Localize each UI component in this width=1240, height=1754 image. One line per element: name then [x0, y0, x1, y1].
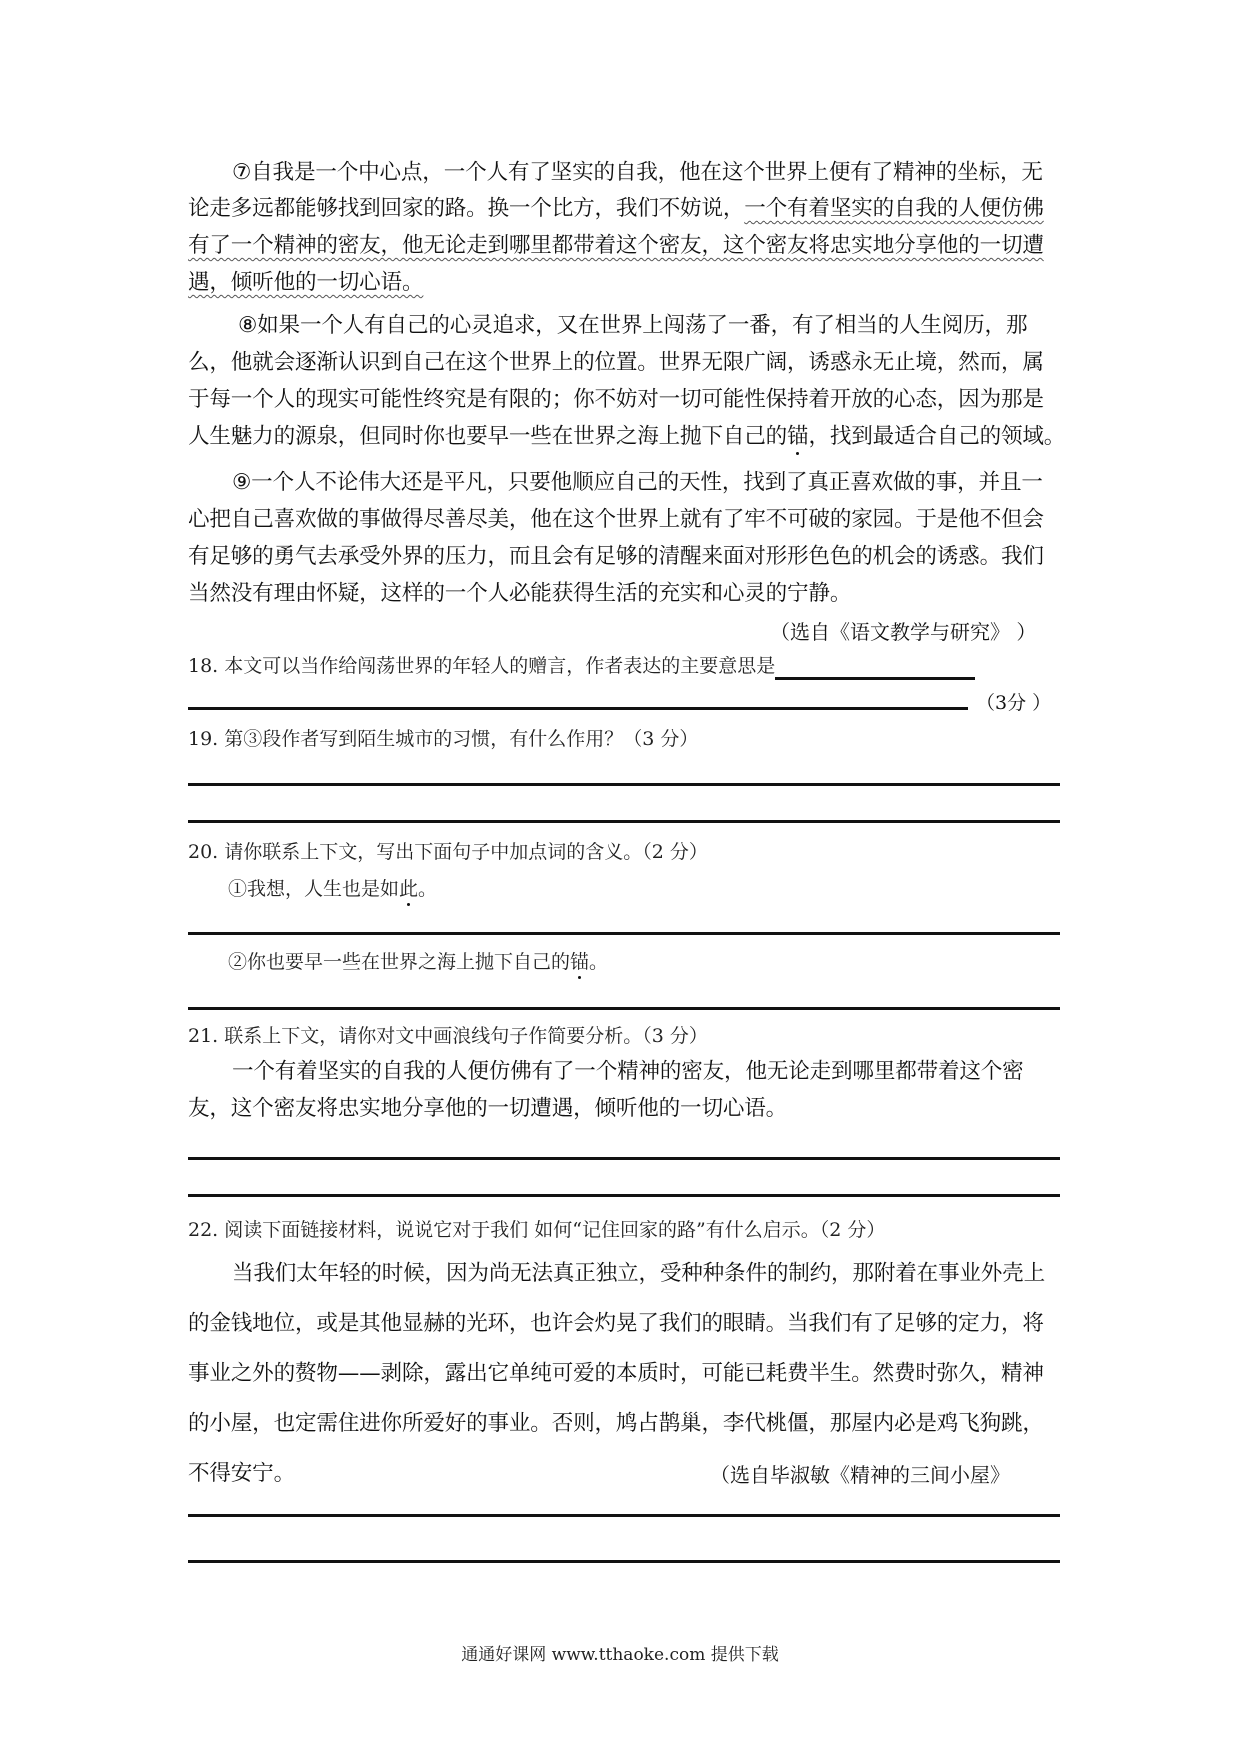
- answer-line-20b[interactable]: [188, 1007, 1060, 1010]
- item1-after: 。: [418, 878, 437, 900]
- material-source: （选自毕淑敏《精神的三间小屋》: [710, 1459, 1010, 1488]
- item2-after: 。: [589, 951, 608, 973]
- question-20: 20. 请你联系上下文，写出下面句子中加点词的含义。（2 分）: [188, 838, 1060, 866]
- para9-line3: 有足够的勇气去承受外界的压力，而且会有足够的清醒来面对形形色色的机会的诱惑。我们: [188, 542, 1060, 572]
- answer-line-19a[interactable]: [188, 783, 1060, 786]
- para9-line2: 心把自己喜欢做的事做得尽善尽美，他在这个世界上就有了牢不可破的家园。于是他不但会: [188, 505, 1060, 535]
- question-22-material-line1: 当我们太年轻的时候，因为尚无法真正独立，受种种条件的制约，那附着在事业外壳上: [188, 1259, 1104, 1289]
- question-18-text: 18. 本文可以当作给闯荡世界的年轻人的赠言，作者表达的主要意思是: [188, 655, 775, 677]
- para7-line3: 有了一个精神的密友，他无论走到哪里都带着这个密友，这个密友将忠实地分享他的一切遭: [188, 231, 1060, 261]
- wavy-underlined-sentence: 遇，倾听他的一切心语。: [188, 270, 423, 295]
- para8-line2: 么，他就会逐渐认识到自己在这个世界上的位置。世界无限广阔，诱惑永无止境，然而，属: [188, 348, 1060, 378]
- para8-line1: ⑧如果一个人有自己的心灵追求，又在世界上闯荡了一番，有了相当的人生阅历，那: [188, 311, 1110, 341]
- item1-before: ①我想，人生也是如: [228, 878, 399, 900]
- answer-line-20a[interactable]: [188, 932, 1060, 935]
- para7-line2-plain: 论走多远都能够找到回家的路。换一个比方，我们不妨说，: [188, 196, 744, 221]
- question-21: 21. 联系上下文，请你对文中画浪线句子作简要分析。（3 分）: [188, 1022, 1060, 1050]
- para7-line1: ⑦自我是一个中心点，一个人有了坚实的自我，他在这个世界上便有了精神的坐标，无: [188, 158, 1104, 188]
- answer-line-19b[interactable]: [188, 820, 1060, 823]
- question-19: 19. 第③段作者写到陌生城市的习惯，有什么作用？（3 分）: [188, 725, 1060, 753]
- para8-line4-after: ，找到最适合自己的领域。: [808, 424, 1065, 449]
- answer-line-18[interactable]: [188, 707, 968, 710]
- question-20-item1: ①我想，人生也是如此。: [188, 875, 1100, 903]
- item2-before: ②你也要早一些在世界之海上抛下自己的: [228, 951, 570, 973]
- para7-line4: 遇，倾听他的一切心语。: [188, 268, 1060, 298]
- para7-line2: 论走多远都能够找到回家的路。换一个比方，我们不妨说，一个有着坚实的自我的人便仿佛: [188, 194, 1060, 224]
- question-22-material-line2: 的金钱地位，或是其他显赫的光环，也许会灼晃了我们的眼睛。当我们有了足够的定力，将: [188, 1309, 1060, 1339]
- emphasis-dot-word: 此: [399, 878, 418, 900]
- question-21-quote-line2: 友，这个密友将忠实地分享他的一切遭遇，倾听他的一切心语。: [188, 1094, 1060, 1124]
- answer-blank-inline[interactable]: [775, 657, 975, 680]
- question-22-material-line4: 的小屋，也定需住进你所爱好的事业。否则，鸠占鹊巢，李代桃僵，那屋内必是鸡飞狗跳，: [188, 1409, 1060, 1439]
- para8-line4: 人生魅力的源泉，但同时你也要早一些在世界之海上抛下自己的锚，找到最适合自己的领域…: [188, 422, 1060, 452]
- footer-attribution: 通通好课网 www.tthaoke.com 提供下载: [0, 1640, 1240, 1665]
- question-18-score: （3分 ）: [976, 688, 1051, 715]
- question-18: 18. 本文可以当作给闯荡世界的年轻人的赠言，作者表达的主要意思是: [188, 652, 1060, 680]
- answer-line-22b[interactable]: [188, 1560, 1060, 1563]
- para8-line4-before: 人生魅力的源泉，但同时你也要早一些在世界之海上抛下自己的: [188, 424, 787, 449]
- question-22: 22. 阅读下面链接材料，说说它对于我们 如何“记住回家的路”有什么启示。（2 …: [188, 1216, 1060, 1244]
- wavy-underlined-sentence: 一个有着坚实的自我的人便仿佛: [744, 196, 1044, 221]
- para9-line1: ⑨一个人不论伟大还是平凡，只要他顺应自己的天性，找到了真正喜欢做的事，并且一: [188, 468, 1104, 498]
- answer-line-21b[interactable]: [188, 1194, 1060, 1197]
- question-22-material-line3: 事业之外的赘物——剥除，露出它单纯可爱的本质时，可能已耗费半生。然费时弥久，精神: [188, 1359, 1060, 1389]
- emphasis-dot-word: 锚: [787, 424, 808, 449]
- para9-line4: 当然没有理由怀疑，这样的一个人必能获得生活的充实和心灵的宁静。: [188, 579, 1060, 609]
- question-20-item2: ②你也要早一些在世界之海上抛下自己的锚。: [188, 948, 1100, 976]
- answer-line-22a[interactable]: [188, 1514, 1060, 1517]
- emphasis-dot-word: 锚: [570, 951, 589, 973]
- question-21-quote-line1: 一个有着坚实的自我的人便仿佛有了一个精神的密友，他无论走到哪里都带着这个密: [188, 1057, 1104, 1087]
- wavy-underlined-sentence: 有了一个精神的密友，他无论走到哪里都带着这个密友，这个密友将忠实地分享他的一切遭: [188, 233, 1044, 258]
- passage-source: （选自《语文教学与研究》 ）: [770, 616, 1036, 645]
- exam-page: ⑦自我是一个中心点，一个人有了坚实的自我，他在这个世界上便有了精神的坐标，无 论…: [0, 0, 1240, 1754]
- para8-line3: 于每一个人的现实可能性终究是有限的；你不妨对一切可能性保持着开放的心态，因为那是: [188, 385, 1060, 415]
- answer-line-21a[interactable]: [188, 1157, 1060, 1160]
